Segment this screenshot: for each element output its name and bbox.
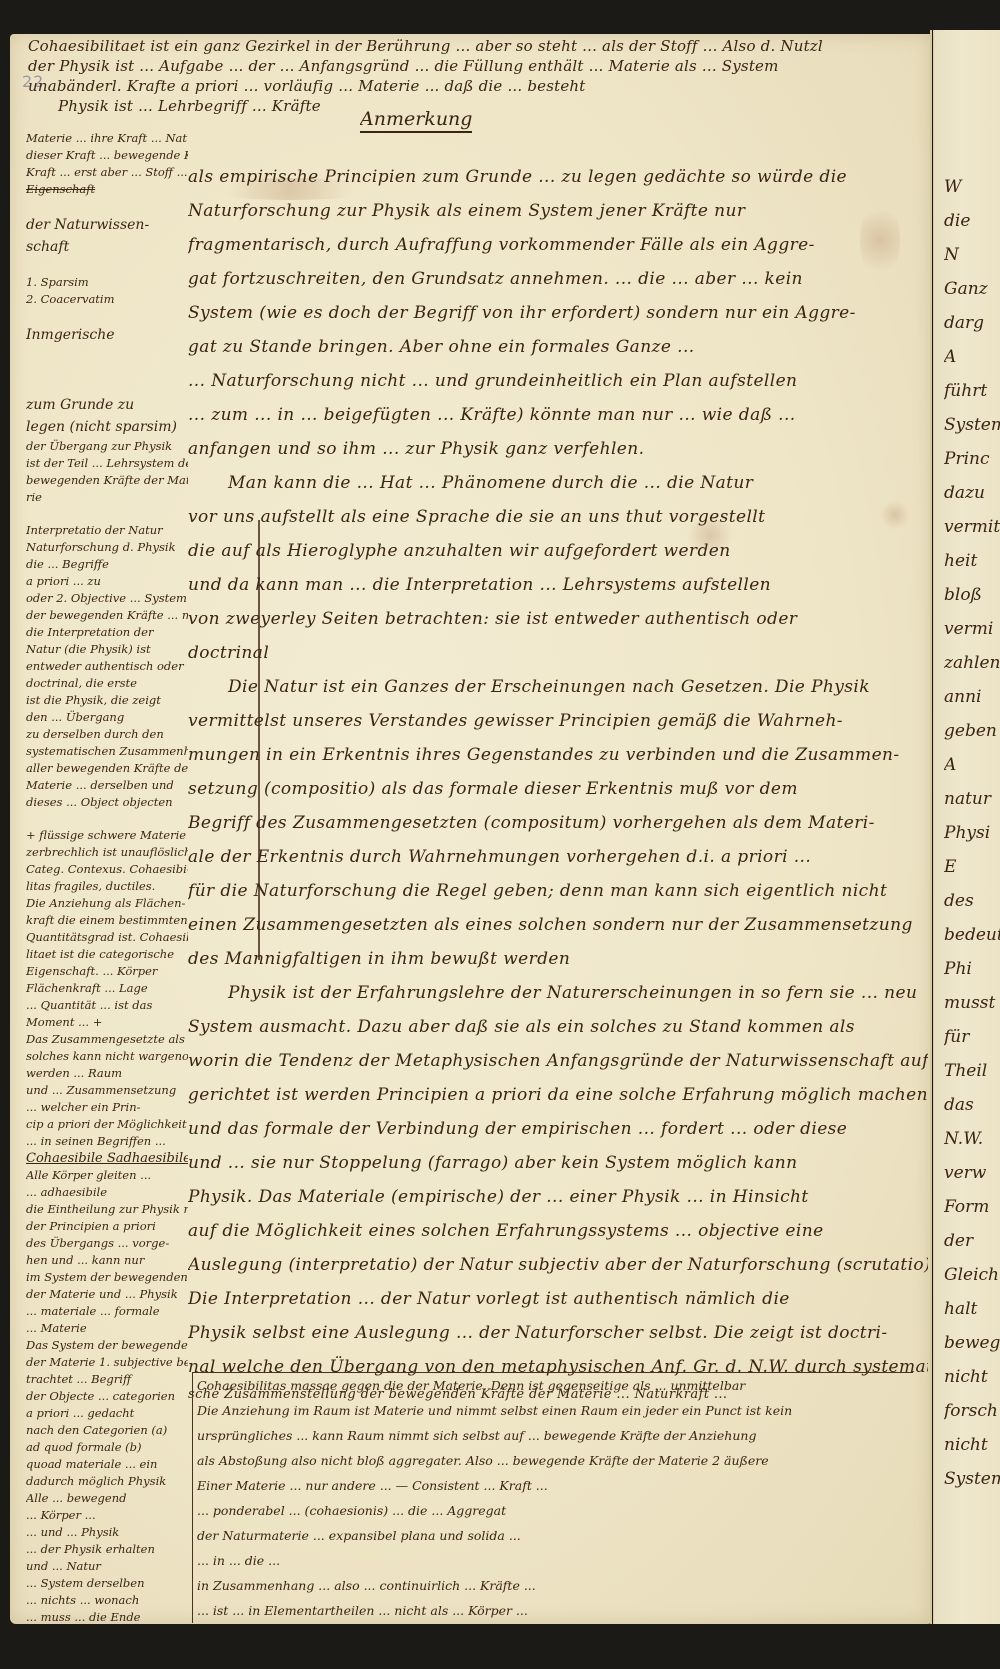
text-line: der bbox=[944, 1224, 1000, 1258]
margin-line: hen und ... kann nur bbox=[26, 1252, 188, 1269]
text-line: gat zu Stande bringen. Aber ohne ein for… bbox=[188, 330, 928, 364]
text-line: vermi bbox=[944, 612, 1000, 646]
margin-notes: Materie ... ihre Kraft ... Natur ... abe… bbox=[26, 130, 188, 1626]
text-line: setzung (compositio) als das formale die… bbox=[188, 772, 928, 806]
margin-line: a priori ... gedacht bbox=[26, 1405, 188, 1422]
margin-line: der Naturwissen- bbox=[26, 214, 188, 236]
margin-line: ... in seinen Begriffen ... bbox=[26, 1133, 188, 1150]
text-line: System ausmacht. Dazu aber daß sie als e… bbox=[188, 1010, 928, 1044]
margin-line: litaet ist die categorische bbox=[26, 946, 188, 963]
margin-line: ... materiale ... formale bbox=[26, 1303, 188, 1320]
text-line: der Physik ist ... Aufgabe ... der ... A… bbox=[28, 56, 908, 76]
margin-line: Inmgerische bbox=[26, 324, 188, 346]
text-line: Man kann die ... Hat ... Phänomene durch… bbox=[188, 466, 928, 500]
margin-line: ... muss ... die Ende bbox=[26, 1609, 188, 1626]
margin-line: Die Anziehung als Flächen- bbox=[26, 895, 188, 912]
text-line: forsch bbox=[944, 1394, 1000, 1428]
margin-line: aller bewegenden Kräfte der bbox=[26, 760, 188, 777]
text-line: Auslegung (interpretatio) der Natur subj… bbox=[188, 1248, 928, 1282]
margin-line: 1. Sparsim bbox=[26, 274, 188, 291]
text-line: Die Natur ist ein Ganzes der Erscheinung… bbox=[188, 670, 928, 704]
margin-line: die Interpretation der bbox=[26, 624, 188, 641]
text-line: Theil bbox=[944, 1054, 1000, 1088]
text-line: halt bbox=[944, 1292, 1000, 1326]
margin-line: ... adhaesibile bbox=[26, 1184, 188, 1201]
text-line: vermittelst unseres Verstandes gewisser … bbox=[188, 704, 928, 738]
margin-line: dadurch möglich Physik bbox=[26, 1473, 188, 1490]
margin-line: zerbrechlich ist unauflöslich bbox=[26, 844, 188, 861]
text-line: verw bbox=[944, 1156, 1000, 1190]
text-line: Einer Materie ... nur andere ... — Consi… bbox=[193, 1473, 913, 1498]
margin-line: ist die Physik, die zeigt bbox=[26, 692, 188, 709]
text-line: heit bbox=[944, 544, 1000, 578]
margin-line: werden ... Raum bbox=[26, 1065, 188, 1082]
text-line: mungen in ein Erkentnis ihres Gegenstand… bbox=[188, 738, 928, 772]
margin-line: systematischen Zusammenhang bbox=[26, 743, 188, 760]
text-line: das bbox=[944, 1088, 1000, 1122]
text-line: und ... sie nur Stoppelung (farrago) abe… bbox=[188, 1146, 928, 1180]
margin-line: bewegenden Kräfte der Mate- bbox=[26, 472, 188, 489]
text-line: und das formale der Verbindung der empir… bbox=[188, 1112, 928, 1146]
text-line: ... ponderabel ... (cohaesionis) ... die… bbox=[193, 1498, 913, 1523]
text-line: nicht bbox=[944, 1360, 1000, 1394]
margin-line: Natur (die Physik) ist bbox=[26, 641, 188, 658]
margin-line: ... Körper ... bbox=[26, 1507, 188, 1524]
margin-line: entweder authentisch oder bbox=[26, 658, 188, 675]
margin-line: rie bbox=[26, 489, 188, 506]
text-line: Die Anziehung im Raum ist Materie und ni… bbox=[193, 1398, 913, 1423]
text-line: Gleich bbox=[944, 1258, 1000, 1292]
text-line: ursprüngliches ... kann Raum nimmt sich … bbox=[193, 1423, 913, 1448]
margin-line: der Materie 1. subjective be- bbox=[26, 1354, 188, 1371]
margin-line: der Materie und ... Physik bbox=[26, 1286, 188, 1303]
margin-line: die ... Begriffe bbox=[26, 556, 188, 573]
margin-line: und ... Zusammensetzung bbox=[26, 1082, 188, 1099]
margin-line: zum Grunde zu bbox=[26, 394, 188, 416]
adjacent-page-text: W die N Ganz darg A führt System Princ d… bbox=[944, 170, 1000, 1496]
text-line: bedeut bbox=[944, 918, 1000, 952]
margin-line: der Übergang zur Physik bbox=[26, 438, 188, 455]
text-line: auf die Möglichkeit eines solchen Erfahr… bbox=[188, 1214, 928, 1248]
margin-line: der Principien a priori bbox=[26, 1218, 188, 1235]
margin-line: Cohaesibile Sadhaesibile bbox=[26, 1150, 188, 1167]
text-line: als Abstoßung also nicht bloß aggregater… bbox=[193, 1448, 913, 1473]
margin-line: Materie ... derselben und bbox=[26, 777, 188, 794]
text-line: die auf als Hieroglyphe anzuhalten wir a… bbox=[188, 534, 928, 568]
text-line: nicht bbox=[944, 1428, 1000, 1462]
margin-line: den ... Übergang bbox=[26, 709, 188, 726]
margin-line: die Eintheilung zur Physik muss bbox=[26, 1201, 188, 1218]
text-line: ... Naturforschung nicht ... und grundei… bbox=[188, 364, 928, 398]
margin-line: kraft die einem bestimmten bbox=[26, 912, 188, 929]
text-line: ... in ... die ... bbox=[193, 1548, 913, 1573]
margin-line: schaft bbox=[26, 236, 188, 258]
text-line: zahlen bbox=[944, 646, 1000, 680]
section-heading: Anmerkung bbox=[360, 108, 472, 133]
text-line: Phi bbox=[944, 952, 1000, 986]
text-line: A bbox=[944, 340, 1000, 374]
margin-line: der Objecte ... categorien bbox=[26, 1388, 188, 1405]
text-line: W bbox=[944, 170, 1000, 204]
text-line: Physik. Das Materiale (empirische) der .… bbox=[188, 1180, 928, 1214]
text-line: Ganz bbox=[944, 272, 1000, 306]
text-line: System bbox=[944, 1462, 1000, 1496]
margin-line: Categ. Contexus. Cohaesibi- bbox=[26, 861, 188, 878]
text-line: Die Interpretation ... der Natur vorlegt… bbox=[188, 1282, 928, 1316]
text-line: vermit bbox=[944, 510, 1000, 544]
text-line: fragmentarisch, durch Aufraffung vorkomm… bbox=[188, 228, 928, 262]
margin-line: Alle ... bewegend bbox=[26, 1490, 188, 1507]
margin-line: des Übergangs ... vorge- bbox=[26, 1235, 188, 1252]
text-line: für die Naturforschung die Regel geben; … bbox=[188, 874, 928, 908]
text-line: als empirische Principien zum Grunde ...… bbox=[188, 160, 928, 194]
text-line: anni bbox=[944, 680, 1000, 714]
margin-line: doctrinal, die erste bbox=[26, 675, 188, 692]
margin-line: dieses ... Object objecten bbox=[26, 794, 188, 811]
margin-line: Naturforschung d. Physik bbox=[26, 539, 188, 556]
margin-line: ... und ... Physik bbox=[26, 1524, 188, 1541]
text-line: geben bbox=[944, 714, 1000, 748]
text-line: worin die Tendenz der Metaphysischen Anf… bbox=[188, 1044, 928, 1078]
margin-line: legen (nicht sparsim) bbox=[26, 416, 188, 438]
margin-line: nach den Categorien (a) bbox=[26, 1422, 188, 1439]
margin-line: cip a priori der Möglichkeit bbox=[26, 1116, 188, 1133]
margin-line: ... welcher ein Prin- bbox=[26, 1099, 188, 1116]
margin-line: ... nichts ... wonach bbox=[26, 1592, 188, 1609]
text-line: unabänderl. Krafte a priori ... vorläufi… bbox=[28, 76, 908, 96]
margin-line: Eigenschaft bbox=[26, 181, 188, 198]
text-line: bewegt bbox=[944, 1326, 1000, 1360]
text-line: und da kann man ... die Interpretation .… bbox=[188, 568, 928, 602]
text-line: Cohaesibilitaet ist ein ganz Gezirkel in… bbox=[28, 36, 908, 56]
margin-line: ... System derselben bbox=[26, 1575, 188, 1592]
margin-line: Kraft ... erst aber ... Stoff ... bbox=[26, 164, 188, 181]
text-line: ... ist ... in Elementartheilen ... nich… bbox=[193, 1598, 913, 1623]
text-line: Begriff des Zusammengesetzten (compositu… bbox=[188, 806, 928, 840]
text-line: führt bbox=[944, 374, 1000, 408]
margin-line: quoad materiale ... ein bbox=[26, 1456, 188, 1473]
text-line: Physik selbst eine Auslegung ... der Nat… bbox=[188, 1316, 928, 1350]
text-line: N.W. bbox=[944, 1122, 1000, 1156]
margin-line: zu derselben durch den bbox=[26, 726, 188, 743]
text-line: bloß bbox=[944, 578, 1000, 612]
margin-line: ad quod formale (b) bbox=[26, 1439, 188, 1456]
text-line: des Mannigfaltigen in ihm bewußt werden bbox=[188, 942, 928, 976]
margin-line: a priori ... zu bbox=[26, 573, 188, 590]
margin-line: oder 2. Objective ... System bbox=[26, 590, 188, 607]
margin-line: ... Quantität ... ist das bbox=[26, 997, 188, 1014]
text-line: A bbox=[944, 748, 1000, 782]
text-line: ale der Erkentnis durch Wahrnehmungen vo… bbox=[188, 840, 928, 874]
text-line: Physi bbox=[944, 816, 1000, 850]
text-line: ... zum ... in ... beigefügten ... Kräft… bbox=[188, 398, 928, 432]
text-line: Physik ist der Erfahrungslehre der Natur… bbox=[188, 976, 928, 1010]
margin-line: ... Materie bbox=[26, 1320, 188, 1337]
text-line: anfangen und so ihm ... zur Physik ganz … bbox=[188, 432, 928, 466]
text-line: natur bbox=[944, 782, 1000, 816]
text-line: System bbox=[944, 408, 1000, 442]
text-line: von zweyerley Seiten betrachten: sie ist… bbox=[188, 602, 928, 636]
page-fold bbox=[930, 30, 932, 1624]
text-line: in Zusammenhang ... also ... continuirli… bbox=[193, 1573, 913, 1598]
text-line: einen Zusammengesetzten als eines solche… bbox=[188, 908, 928, 942]
margin-line: ist der Teil ... Lehrsystem der bbox=[26, 455, 188, 472]
text-line: E bbox=[944, 850, 1000, 884]
text-line: gerichtet ist werden Principien a priori… bbox=[188, 1078, 928, 1112]
text-line: musst bbox=[944, 986, 1000, 1020]
text-line: Cohaesibilitas massae gegen die der Mate… bbox=[193, 1373, 913, 1398]
text-line: System (wie es doch der Begriff von ihr … bbox=[188, 296, 928, 330]
margin-line: Eigenschaft. ... Körper bbox=[26, 963, 188, 980]
text-line: für bbox=[944, 1020, 1000, 1054]
top-text-block: Cohaesibilitaet ist ein ganz Gezirkel in… bbox=[28, 36, 908, 116]
text-line: der Naturmaterie ... expansibel plana un… bbox=[193, 1523, 913, 1548]
margin-line: trachtet ... Begriff bbox=[26, 1371, 188, 1388]
text-line: gat fortzuschreiten, den Grundsatz anneh… bbox=[188, 262, 928, 296]
text-line: vor uns aufstellt als eine Sprache die s… bbox=[188, 500, 928, 534]
margin-line: Flächenkraft ... Lage bbox=[26, 980, 188, 997]
margin-line: + flüssige schwere Materie bbox=[26, 827, 188, 844]
margin-line: solches kann nicht wargenommen bbox=[26, 1048, 188, 1065]
main-text: als empirische Principien zum Grunde ...… bbox=[188, 160, 928, 1406]
boxed-addendum: Cohaesibilitas massae gegen die der Mate… bbox=[192, 1372, 913, 1623]
margin-line: Alle Körper gleiten ... bbox=[26, 1167, 188, 1184]
text-line: Princ bbox=[944, 442, 1000, 476]
margin-line: der bewegenden Kräfte ... material bbox=[26, 607, 188, 624]
margin-line: Quantitätsgrad ist. Cohaesibi- bbox=[26, 929, 188, 946]
margin-line: Das Zusammengesetzte als ein bbox=[26, 1031, 188, 1048]
margin-line: Interpretatio der Natur bbox=[26, 522, 188, 539]
margin-line: Materie ... ihre Kraft ... Natur ... abe… bbox=[26, 130, 188, 147]
text-line: doctrinal bbox=[188, 636, 928, 670]
margin-line: und ... Natur bbox=[26, 1558, 188, 1575]
margin-line: im System der bewegenden Kräfte bbox=[26, 1269, 188, 1286]
text-line: Form bbox=[944, 1190, 1000, 1224]
margin-line: ... der Physik erhalten bbox=[26, 1541, 188, 1558]
margin-line: Das System der bewegenden Kräfte bbox=[26, 1337, 188, 1354]
margin-line: 2. Coacervatim bbox=[26, 291, 188, 308]
text-line: die bbox=[944, 204, 1000, 238]
margin-line: Moment ... + bbox=[26, 1014, 188, 1031]
margin-line: dieser Kraft ... bewegende Kraft ... bew… bbox=[26, 147, 188, 164]
text-line: dazu bbox=[944, 476, 1000, 510]
text-line: darg bbox=[944, 306, 1000, 340]
margin-line: litas fragiles, ductiles. bbox=[26, 878, 188, 895]
text-line: Naturforschung zur Physik als einem Syst… bbox=[188, 194, 928, 228]
text-line: des bbox=[944, 884, 1000, 918]
text-line: N bbox=[944, 238, 1000, 272]
